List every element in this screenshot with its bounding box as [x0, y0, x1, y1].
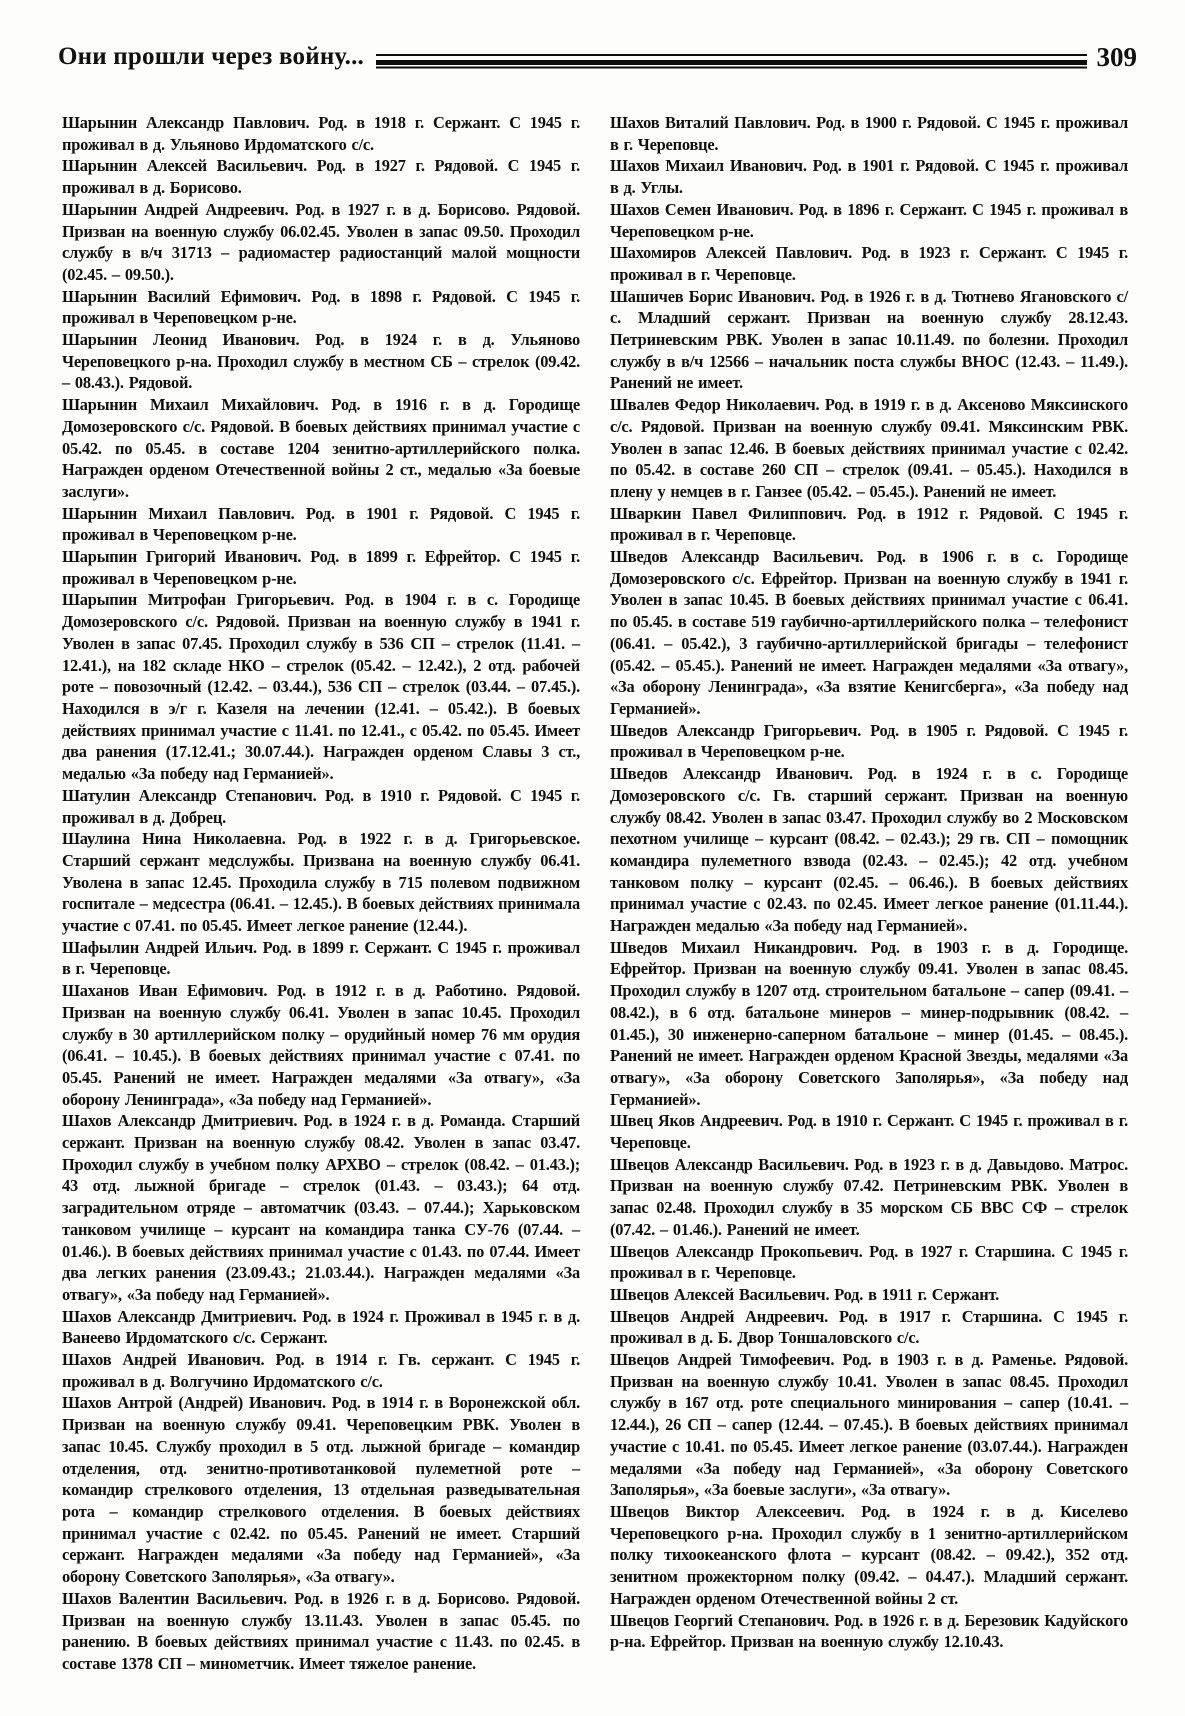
- header-rule: [376, 53, 1087, 69]
- veteran-entry: Шатулин Александр Степанович. Род. в 191…: [62, 785, 580, 828]
- veteran-entry: Шведов Александр Иванович. Род. в 1924 г…: [610, 763, 1128, 937]
- veteran-entry: Шведов Михаил Никандрович. Род. в 1903 г…: [610, 937, 1128, 1111]
- veteran-entry: Шафылин Андрей Ильич. Род. в 1899 г. Сер…: [62, 937, 580, 980]
- veteran-entry: Швецов Александр Прокопьевич. Род. в 192…: [610, 1241, 1128, 1284]
- veteran-entry: Швецов Андрей Андреевич. Род. в 1917 г. …: [610, 1306, 1128, 1349]
- veteran-entry: Швецов Виктор Алексеевич. Род. в 1924 г.…: [610, 1501, 1128, 1610]
- veteran-entry: Шаханов Иван Ефимович. Род. в 1912 г. в …: [62, 980, 580, 1110]
- veteran-entry: Швецов Андрей Тимофеевич. Род. в 1903 г.…: [610, 1349, 1128, 1501]
- veteran-entry: Шахов Андрей Иванович. Род. в 1914 г. Гв…: [62, 1349, 580, 1392]
- veteran-entry: Шведов Александр Григорьевич. Род. в 190…: [610, 720, 1128, 763]
- veteran-entry: Швецов Александр Васильевич. Род. в 1923…: [610, 1154, 1128, 1241]
- veteran-entry: Шарыпин Митрофан Григорьевич. Род. в 190…: [62, 589, 580, 784]
- veteran-entry: Шахов Антрой (Андрей) Иванович. Род. в 1…: [62, 1392, 580, 1587]
- veteran-entry: Шарынин Алексей Васильевич. Род. в 1927 …: [62, 155, 580, 198]
- veteran-entry: Шахомиров Алексей Павлович. Род. в 1923 …: [610, 242, 1128, 285]
- book-page: Они прошли через войну... 309 Шарынин Ал…: [0, 0, 1185, 1716]
- veteran-entry: Швалев Федор Николаевич. Род. в 1919 г. …: [610, 394, 1128, 503]
- veteran-entry: Шашичев Борис Иванович. Род. в 1926 г. в…: [610, 286, 1128, 395]
- running-title: Они прошли через войну...: [58, 42, 364, 72]
- veteran-entry: Шахов Михаил Иванович. Род. в 1901 г. Ря…: [610, 155, 1128, 198]
- left-column: Шарынин Александр Павлович. Род. в 1918 …: [62, 112, 580, 1675]
- veteran-entry: Шахов Александр Дмитриевич. Род. в 1924 …: [62, 1306, 580, 1349]
- text-columns: Шарынин Александр Павлович. Род. в 1918 …: [62, 112, 1128, 1675]
- page-number: 309: [1097, 42, 1138, 72]
- page-header: Они прошли через войну... 309: [58, 42, 1137, 72]
- veteran-entry: Шахов Александр Дмитриевич. Род. в 1924 …: [62, 1110, 580, 1305]
- veteran-entry: Швецов Георгий Степанович. Род. в 1926 г…: [610, 1610, 1128, 1653]
- veteran-entry: Шарыпин Григорий Иванович. Род. в 1899 г…: [62, 546, 580, 589]
- veteran-entry: Шарынин Александр Павлович. Род. в 1918 …: [62, 112, 580, 155]
- veteran-entry: Шарынин Михаил Павлович. Род. в 1901 г. …: [62, 503, 580, 546]
- veteran-entry: Шарынин Василий Ефимович. Род. в 1898 г.…: [62, 286, 580, 329]
- veteran-entry: Швец Яков Андреевич. Род. в 1910 г. Серж…: [610, 1110, 1128, 1153]
- veteran-entry: Шахов Валентин Васильевич. Род. в 1926 г…: [62, 1588, 580, 1675]
- veteran-entry: Шваркин Павел Филиппович. Род. в 1912 г.…: [610, 503, 1128, 546]
- veteran-entry: Шведов Александр Васильевич. Род. в 1906…: [610, 546, 1128, 720]
- veteran-entry: Шахов Виталий Павлович. Род. в 1900 г. Р…: [610, 112, 1128, 155]
- veteran-entry: Шахов Семен Иванович. Род. в 1896 г. Сер…: [610, 199, 1128, 242]
- veteran-entry: Шаулина Нина Николаевна. Род. в 1922 г. …: [62, 828, 580, 937]
- veteran-entry: Швецов Алексей Васильевич. Род. в 1911 г…: [610, 1284, 1128, 1306]
- right-column: Шахов Виталий Павлович. Род. в 1900 г. Р…: [610, 112, 1128, 1675]
- veteran-entry: Шарынин Андрей Андреевич. Род. в 1927 г.…: [62, 199, 580, 286]
- veteran-entry: Шарынин Михаил Михайлович. Род. в 1916 г…: [62, 394, 580, 503]
- veteran-entry: Шарынин Леонид Иванович. Род. в 1924 г. …: [62, 329, 580, 394]
